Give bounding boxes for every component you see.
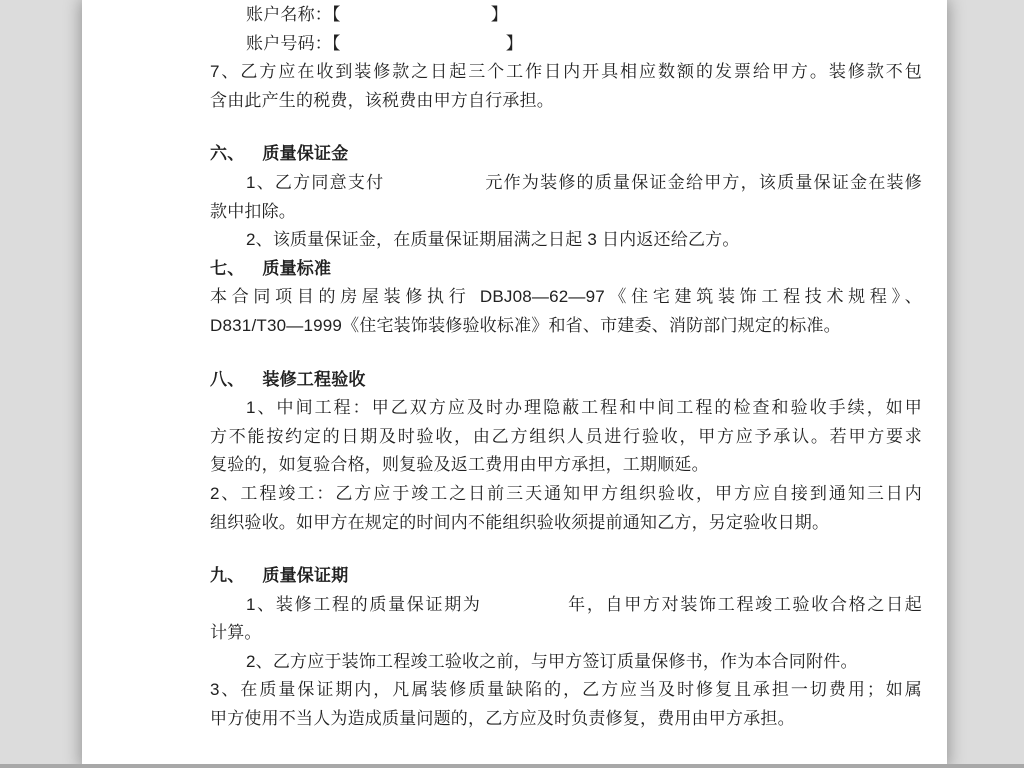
text-run: 账户名称：【 [246, 5, 341, 24]
text-run: 六、 [210, 144, 244, 163]
page-bottom-edge [0, 764, 1024, 768]
text-run: 八、 [210, 370, 244, 389]
text-run: 1、装修工程的质量保证期为 [246, 595, 482, 614]
field-account-number: 账户号码：【】 [210, 30, 922, 59]
clause-7-standard-line-1: 本合同项目的房屋装修执行 DBJ08—62—97《住宅建筑装饰工程技术规程》、 [210, 283, 922, 312]
fill-in-blank [244, 272, 262, 274]
clause-7-invoice-line-1: 7、乙方应在收到装修款之日起三个工作日内开具相应数额的发票给甲方。装修款不包 [210, 58, 922, 87]
text-run: 七、 [210, 259, 244, 278]
clause-6-1-line-1: 1、乙方同意支付元作为装修的质量保证金给甲方，该质量保证金在装修 [210, 169, 922, 198]
text-run: 本合同项目的房屋装修执行 DBJ08—62—97《住宅建筑装饰工程技术规程》、 [210, 287, 922, 306]
text-run: 7、乙方应在收到装修款之日起三个工作日内开具相应数额的发票给甲方。装修款不包 [210, 62, 922, 81]
fill-in-blank [244, 579, 262, 581]
field-account-name: 账户名称：【】 [210, 1, 922, 30]
clause-9-2: 2、乙方应于装饰工程竣工验收之前，与甲方签订质量保修书，作为本合同附件。 [210, 648, 922, 677]
clause-6-1-line-2: 款中扣除。 [210, 198, 922, 227]
text-run: 组织验收。如甲方在规定的时间内不能组织验收须提前通知乙方，另定验收日期。 [210, 513, 829, 532]
clause-8-1-line-1: 1、中间工程：甲乙双方应及时办理隐蔽工程和中间工程的检查和验收手续，如甲 [210, 394, 922, 423]
text-run: 甲方使用不当人为造成质量问题的，乙方应及时负责修复，费用由甲方承担。 [210, 709, 795, 728]
clause-6-2: 2、该质量保证金，在质量保证期届满之日起 3 日内返还给乙方。 [210, 226, 922, 255]
section-9-heading: 九、质量保证期 [210, 562, 922, 591]
contract-page: 账户名称：【】账户号码：【】7、乙方应在收到装修款之日起三个工作日内开具相应数额… [82, 0, 947, 768]
clause-9-3-line-2: 甲方使用不当人为造成质量问题的，乙方应及时负责修复，费用由甲方承担。 [210, 705, 922, 734]
fill-in-blank [384, 186, 484, 188]
text-run: 质量保证期 [262, 566, 348, 585]
text-run: 含由此产生的税费，该税费由甲方自行承担。 [210, 91, 554, 110]
clause-8-2-line-1: 2、工程竣工：乙方应于竣工之日前三天通知甲方组织验收，甲方应自接到通知三日内 [210, 480, 922, 509]
text-run: 1、乙方同意支付 [246, 173, 384, 192]
clause-8-2-line-2: 组织验收。如甲方在规定的时间内不能组织验收须提前通知乙方，另定验收日期。 [210, 509, 922, 538]
fill-in-blank [244, 157, 262, 159]
text-run: 方不能按约定的日期及时验收，由乙方组织人员进行验收，甲方应予承认。若甲方要求 [210, 427, 922, 446]
section-7-heading: 七、质量标准 [210, 255, 922, 284]
text-run: 账户号码：【 [246, 34, 341, 53]
text-run: 2、乙方应于装饰工程竣工验收之前，与甲方签订质量保修书，作为本合同附件。 [246, 652, 858, 671]
clause-8-1-line-3: 复验的，如复验合格，则复验及返工费用由甲方承担，工期顺延。 [210, 451, 922, 480]
document-preview-background: 账户名称：【】账户号码：【】7、乙方应在收到装修款之日起三个工作日内开具相应数额… [0, 0, 1024, 768]
text-run: 元作为装修的质量保证金给甲方，该质量保证金在装修 [484, 173, 922, 192]
text-run: 款中扣除。 [210, 202, 296, 221]
text-run: 】 [506, 34, 523, 53]
text-run: 】 [491, 5, 508, 24]
clause-9-1-line-1: 1、装修工程的质量保证期为年，自甲方对装饰工程竣工验收合格之日起 [210, 591, 922, 620]
text-run: 2、工程竣工：乙方应于竣工之日前三天通知甲方组织验收，甲方应自接到通知三日内 [210, 484, 922, 503]
clause-8-1-line-2: 方不能按约定的日期及时验收，由乙方组织人员进行验收，甲方应予承认。若甲方要求 [210, 423, 922, 452]
section-6-heading: 六、质量保证金 [210, 140, 922, 169]
text-run: 装修工程验收 [262, 370, 365, 389]
text-run: 九、 [210, 566, 244, 585]
text-run: 质量保证金 [262, 144, 348, 163]
clause-7-standard-line-2: D831/T30—1999《住宅装饰装修验收标准》和省、市建委、消防部门规定的标… [210, 312, 922, 341]
fill-in-blank [341, 47, 506, 49]
text-run: 2、该质量保证金，在质量保证期届满之日起 3 日内返还给乙方。 [246, 230, 740, 249]
clause-9-3-line-1: 3、在质量保证期内，凡属装修质量缺陷的，乙方应当及时修复且承担一切费用；如属 [210, 676, 922, 705]
clause-9-1-line-2: 计算。 [210, 619, 922, 648]
section-8-heading: 八、装修工程验收 [210, 366, 922, 395]
text-run: 复验的，如复验合格，则复验及返工费用由甲方承担，工期顺延。 [210, 455, 709, 474]
text-run: D831/T30—1999《住宅装饰装修验收标准》和省、市建委、消防部门规定的标… [210, 316, 841, 335]
fill-in-blank [482, 608, 567, 610]
text-run: 3、在质量保证期内，凡属装修质量缺陷的，乙方应当及时修复且承担一切费用；如属 [210, 680, 922, 699]
text-run: 年，自甲方对装饰工程竣工验收合格之日起 [567, 595, 922, 614]
text-run: 1、中间工程：甲乙双方应及时办理隐蔽工程和中间工程的检查和验收手续，如甲 [246, 398, 922, 417]
clause-7-invoice-line-2: 含由此产生的税费，该税费由甲方自行承担。 [210, 87, 922, 116]
fill-in-blank [244, 383, 262, 385]
contract-text: 账户名称：【】账户号码：【】7、乙方应在收到装修款之日起三个工作日内开具相应数额… [210, 1, 922, 734]
text-run: 计算。 [210, 623, 262, 642]
fill-in-blank [341, 18, 491, 20]
text-run: 质量标准 [262, 259, 331, 278]
